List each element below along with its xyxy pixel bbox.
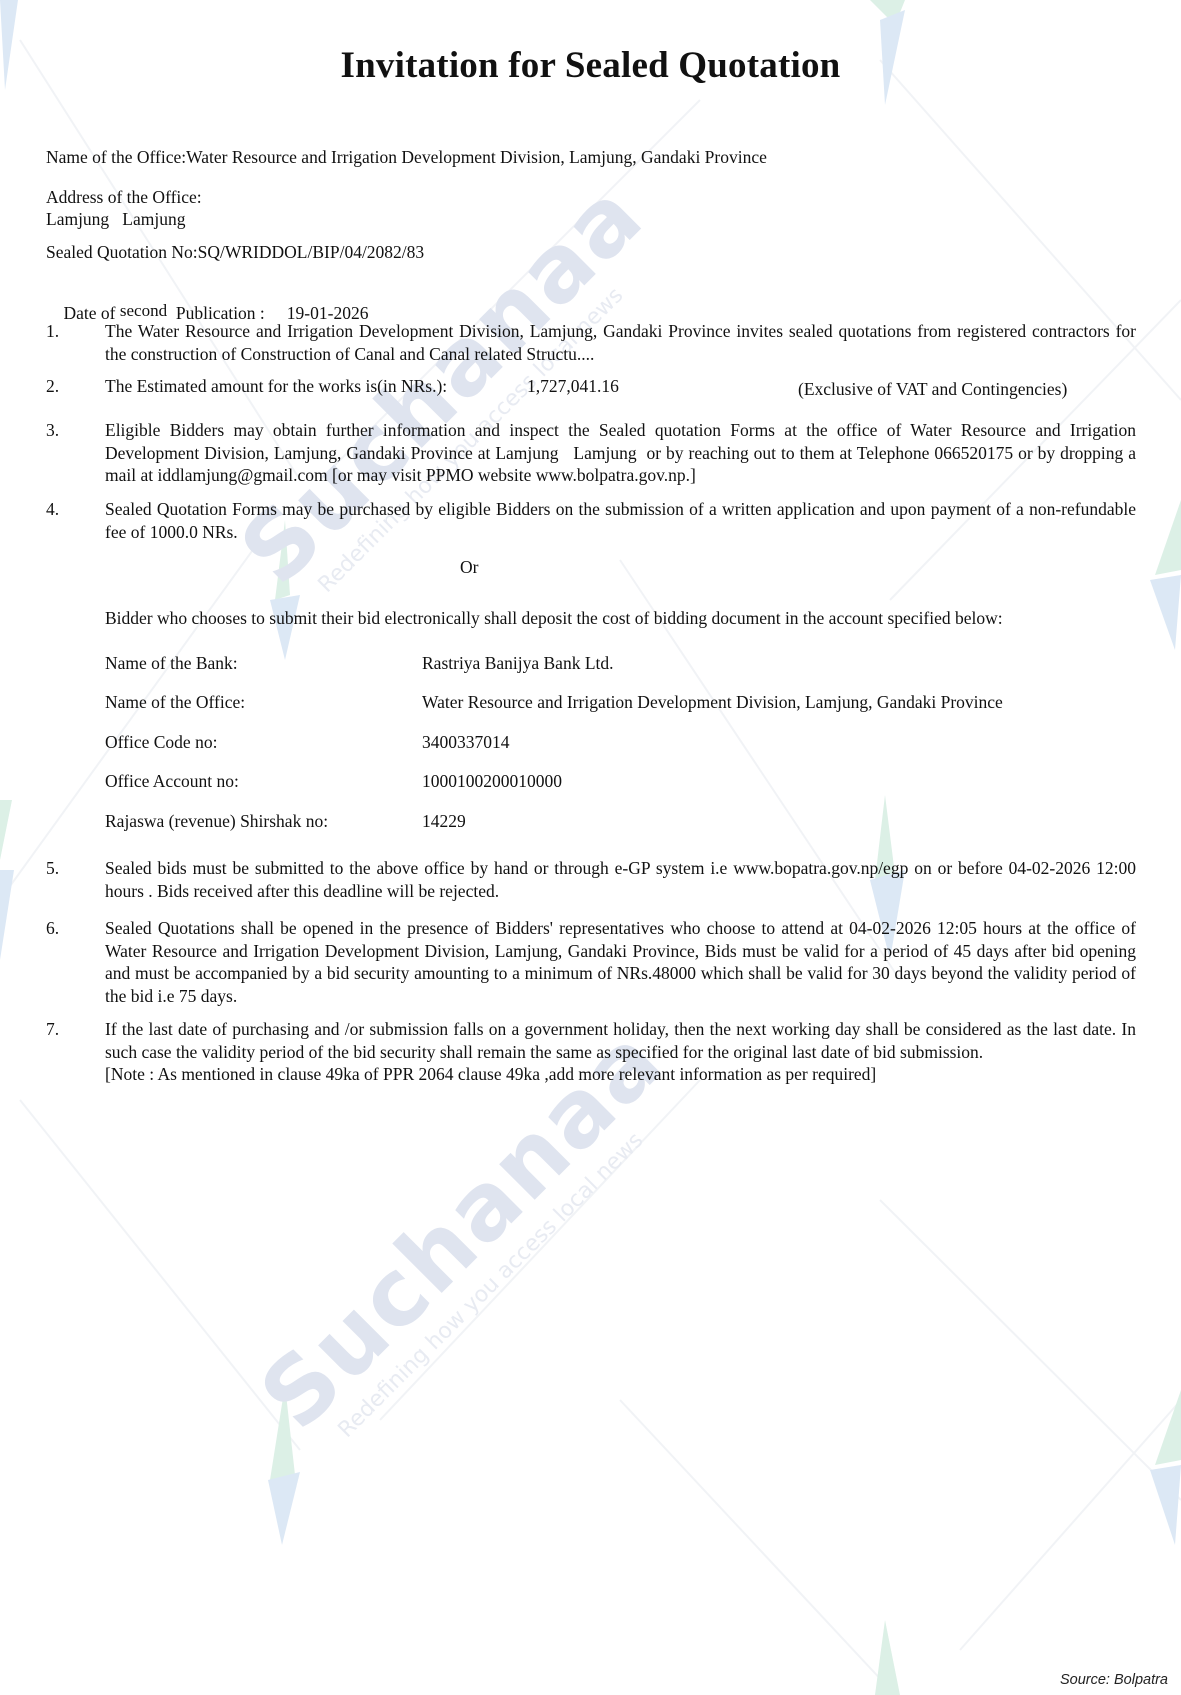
clause-number: 4. (46, 498, 96, 521)
estimated-amount-value: 1,727,041.16 (527, 375, 619, 398)
address-label: Address of the Office: (46, 186, 202, 208)
source-credit: Source: Bolpatra (1060, 1672, 1168, 1688)
clause-7: 7. If the last date of purchasing and /o… (46, 1018, 1136, 1086)
clause-2: 2. The Estimated amount for the works is… (46, 375, 1136, 398)
address-value: Lamjung Lamjung (46, 208, 186, 230)
clause-6: 6. Sealed Quotations shall be opened in … (46, 917, 1136, 1007)
clause-number: 5. (46, 857, 96, 880)
estimated-amount-note: (Exclusive of VAT and Contingencies) (798, 378, 1067, 401)
bank-detail-value: 14229 (422, 811, 466, 832)
bank-detail-label: Office Code no: (105, 732, 217, 753)
quotation-number-line: Sealed Quotation No:SQ/WRIDDOL/BIP/04/20… (46, 241, 424, 263)
bank-detail-label: Name of the Office: (105, 692, 245, 713)
clause-number: 3. (46, 419, 96, 442)
clause-number: 2. (46, 375, 96, 398)
clause-number: 7. (46, 1018, 96, 1041)
clause-note: [Note : As mentioned in clause 49ka of P… (105, 1063, 1136, 1086)
bank-detail-value: Water Resource and Irrigation Developmen… (422, 692, 1003, 713)
clause-number: 6. (46, 917, 96, 940)
office-name-line: Name of the Office:Water Resource and Ir… (46, 146, 767, 168)
clause-text: Sealed Quotation Forms may be purchased … (105, 498, 1136, 543)
bank-detail-value: 3400337014 (422, 732, 510, 753)
clause-text: Eligible Bidders may obtain further info… (105, 419, 1136, 487)
bank-detail-label: Office Account no: (105, 771, 239, 792)
document-page: Invitation for Sealed Quotation Name of … (0, 0, 1181, 1695)
clause-text: Sealed Quotations shall be opened in the… (105, 917, 1136, 1007)
clause-text: Sealed bids must be submitted to the abo… (105, 857, 1136, 902)
document-title: Invitation for Sealed Quotation (0, 44, 1181, 87)
clause-1: 1. The Water Resource and Irrigation Dev… (46, 320, 1136, 365)
clause-4: 4. Sealed Quotation Forms may be purchas… (46, 498, 1136, 543)
bank-detail-label: Name of the Bank: (105, 653, 238, 674)
clause-number: 1. (46, 320, 96, 343)
publication-ordinal: second (120, 301, 167, 320)
bank-detail-value: Rastriya Banijya Bank Ltd. (422, 653, 614, 674)
electronic-deposit-paragraph: Bidder who chooses to submit their bid e… (105, 608, 1003, 629)
estimated-amount-line: The Estimated amount for the works is(in… (105, 375, 1136, 398)
clause-text: If the last date of purchasing and /or s… (105, 1018, 1136, 1063)
clause-5: 5. Sealed bids must be submitted to the … (46, 857, 1136, 902)
or-separator: Or (460, 557, 478, 578)
clause-text: The Water Resource and Irrigation Develo… (105, 320, 1136, 365)
bank-detail-label: Rajaswa (revenue) Shirshak no: (105, 811, 328, 832)
clause-3: 3. Eligible Bidders may obtain further i… (46, 419, 1136, 487)
estimated-amount-label: The Estimated amount for the works is(in… (105, 376, 447, 396)
bank-detail-value: 1000100200010000 (422, 771, 562, 792)
